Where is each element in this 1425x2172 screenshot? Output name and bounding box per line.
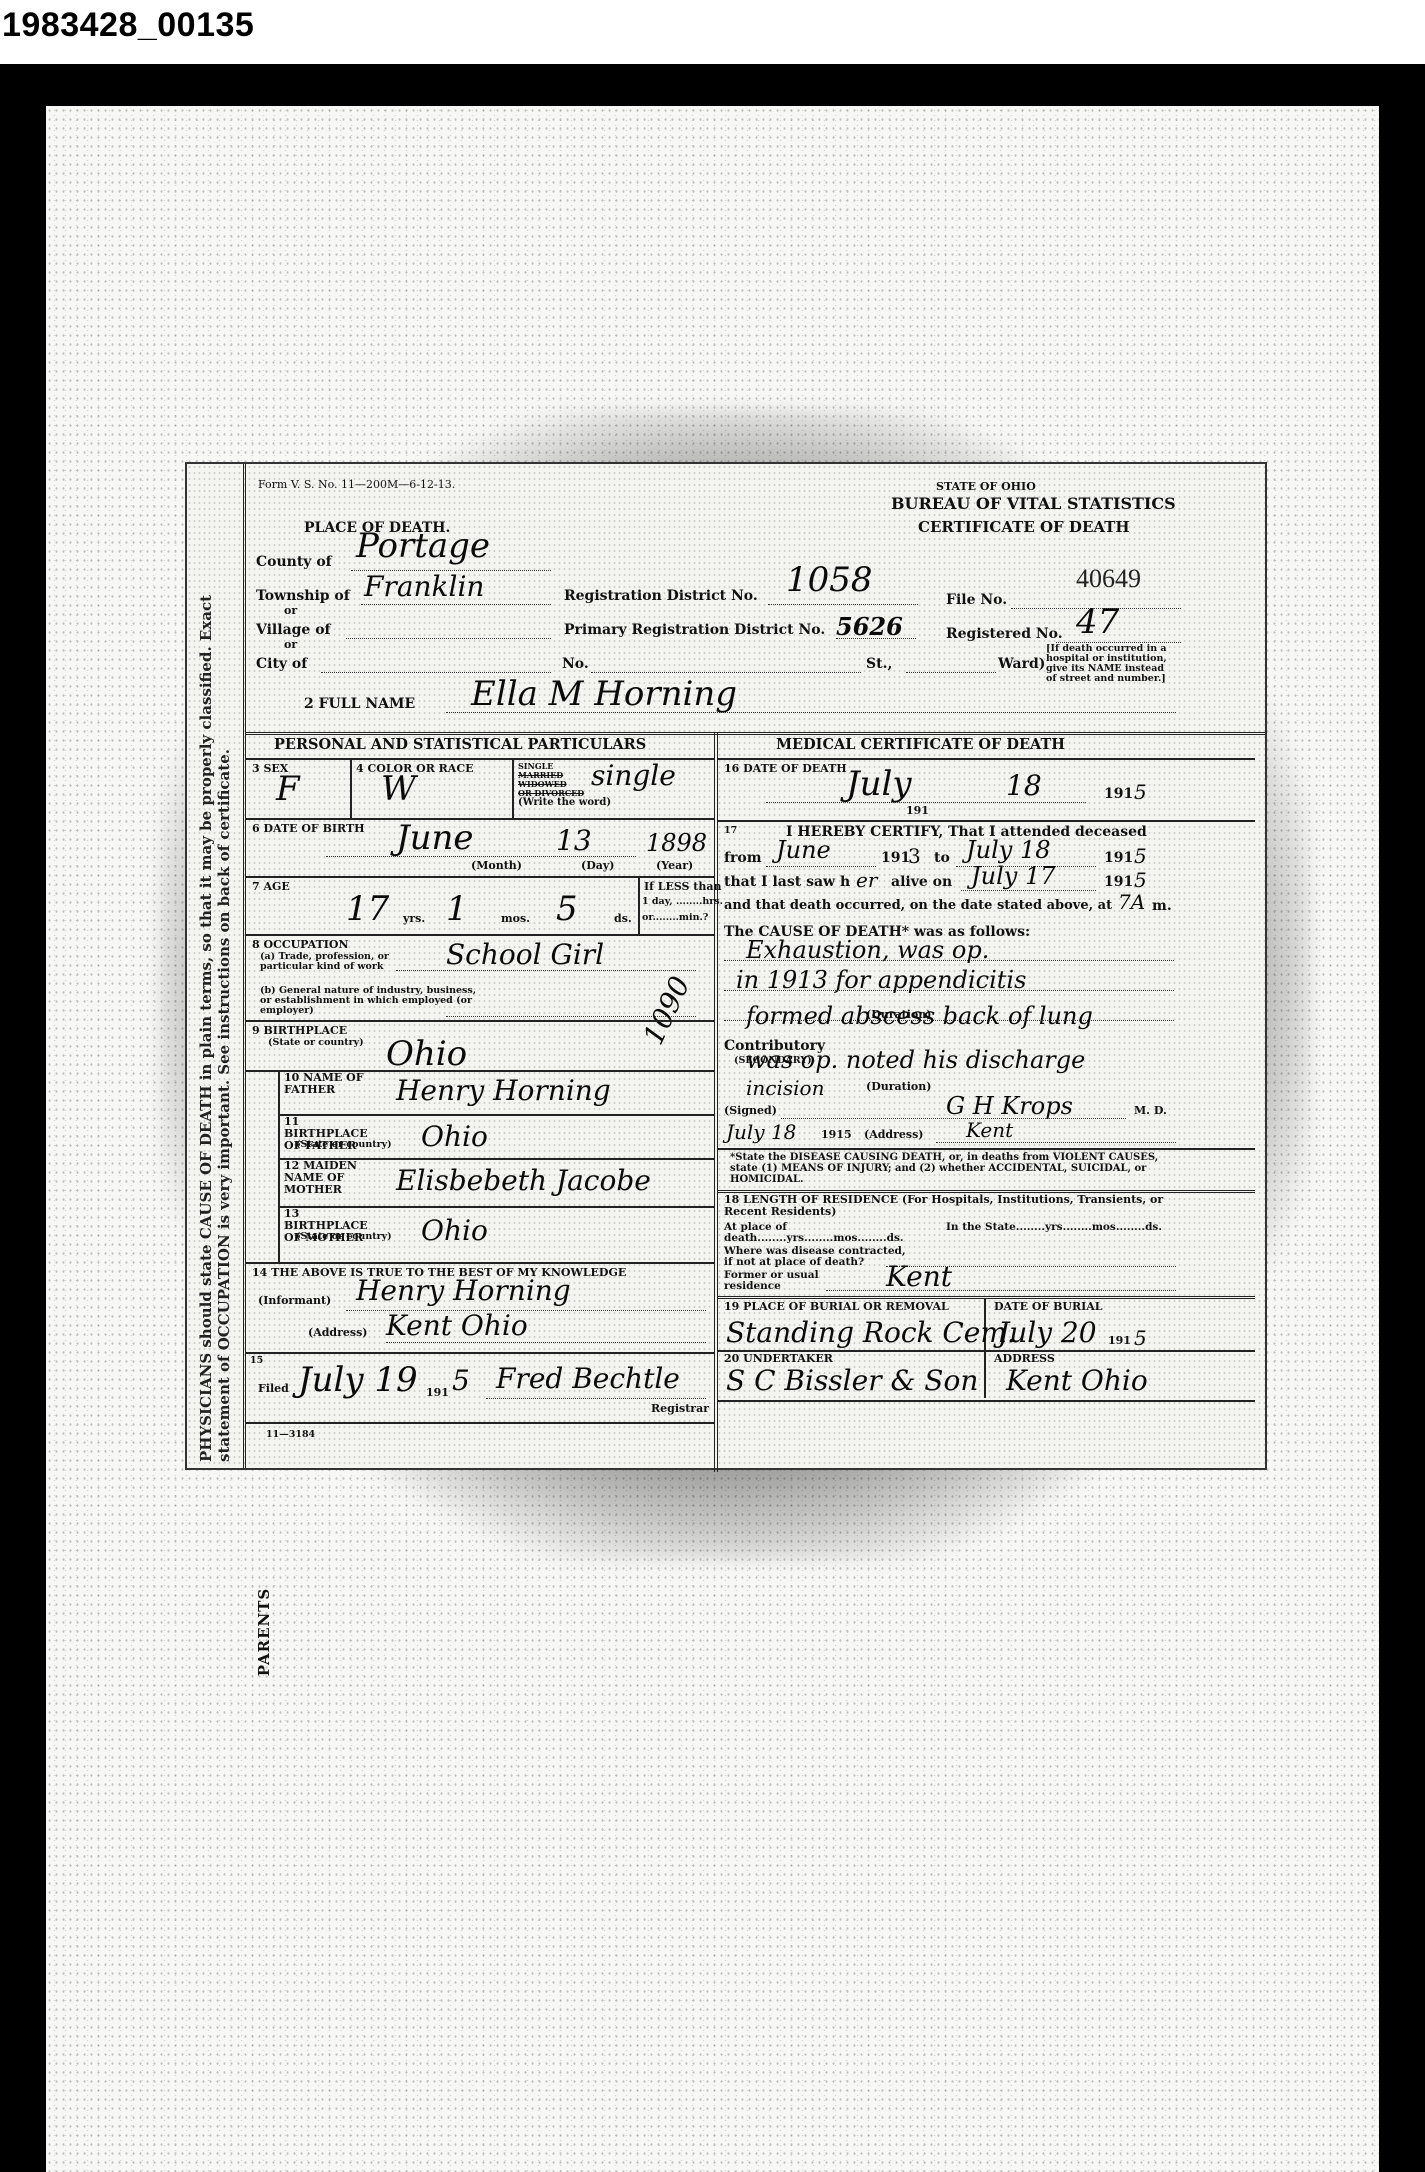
st-label: St., (866, 656, 892, 672)
former-residence-label: Former or usual residence (724, 1270, 824, 1292)
ward-label: Ward) (998, 656, 1045, 672)
filed-date: July 19 (298, 1360, 418, 1400)
former-residence: Kent (886, 1260, 952, 1293)
occupation-a-label: (a) Trade, profession, or particular kin… (260, 952, 410, 972)
form-number: Form V. S. No. 11—200M—6-12-13. (258, 478, 455, 491)
cause-line-1: Exhaustion, was op. (746, 936, 989, 964)
township-value: Franklin (364, 570, 484, 603)
full-name-label: 2 FULL NAME (304, 696, 415, 712)
bureau-title: BUREAU OF VITAL STATISTICS (891, 494, 1176, 513)
margin-line-2: statement of OCCUPATION is very importan… (215, 472, 233, 1462)
dod-label: 16 DATE OF DEATH (724, 762, 847, 775)
to-label: to (934, 850, 950, 866)
registered-no-value: 47 (1076, 602, 1119, 642)
certificate-title: CERTIFICATE OF DEATH (918, 518, 1130, 536)
age-label: 7 AGE (252, 880, 290, 893)
burial-date: July 20 (998, 1316, 1097, 1349)
parents-label: PARENTS (250, 1534, 278, 1729)
filed-label: Filed (258, 1382, 289, 1395)
race-value: W (381, 769, 416, 809)
burial-year-prefix: 191 (1108, 1334, 1131, 1347)
birthplace-value: Ohio (386, 1034, 467, 1074)
less-than-label: If LESS than (644, 880, 722, 893)
sex-value: F (276, 769, 300, 809)
dob-year: 1898 (646, 829, 707, 857)
in-state-label: In the State........yrs........mos......… (946, 1222, 1176, 1233)
attended-to: July 18 (966, 836, 1050, 864)
to-year: 5 (1134, 844, 1147, 868)
signed-year-prefix: 191 (821, 1128, 844, 1141)
cause-line-3: formed abscess back of lung (746, 1002, 1093, 1030)
mother-name-label: 12 MAIDEN NAME OF MOTHER (284, 1160, 384, 1196)
file-no-label: File No. (946, 592, 1007, 608)
filed-year-prefix: 191 (426, 1386, 449, 1399)
year-caption: (Year) (656, 859, 693, 872)
undertaker-address: Kent Ohio (1006, 1364, 1148, 1397)
hrs-label: 1 day, ........hrs. (642, 896, 723, 907)
primary-district-label: Primary Registration District No. (564, 622, 825, 638)
burial-place-label: 19 PLACE OF BURIAL OR REMOVAL (724, 1300, 949, 1313)
undertaker-name: S C Bissler & Son (726, 1364, 978, 1397)
age-days: 5 (556, 889, 578, 929)
informant-label: (Informant) (258, 1294, 331, 1307)
last-saw-year: 5 (1134, 868, 1147, 892)
registration-district-label: Registration District No. (564, 588, 758, 604)
dod-month-caption: 191 (906, 804, 929, 817)
age-months: 1 (446, 889, 468, 929)
occupation-label: 8 OCCUPATION (252, 938, 349, 951)
informant-value: Henry Horning (356, 1274, 571, 1307)
death-time-suffix: m. (1152, 898, 1172, 914)
attended-from: June (776, 836, 831, 864)
or-label: or (284, 604, 297, 617)
registrar-label: Registrar (651, 1402, 709, 1415)
signed-label: (Signed) (724, 1104, 777, 1117)
contributory-line-2: incision (746, 1076, 824, 1100)
registration-district-value: 1058 (786, 560, 873, 600)
burial-year: 5 (1134, 1326, 1147, 1350)
age-years: 17 (346, 889, 389, 929)
address-label: (Address) (308, 1326, 368, 1339)
death-time: 7A (1118, 890, 1145, 914)
from-year: 3 (908, 844, 921, 868)
residence-heading: 18 LENGTH OF RESIDENCE (For Hospitals, I… (724, 1194, 1174, 1218)
county-label: County of (256, 554, 332, 570)
at-place-label: At place of death........yrs........mos.… (724, 1222, 934, 1244)
marital-note: (Write the word) (518, 798, 611, 807)
personal-heading: PERSONAL AND STATISTICAL PARTICULARS (274, 736, 646, 753)
from-year-prefix: 191 (881, 850, 910, 866)
yrs-label: yrs. (403, 912, 425, 925)
dob-day: 13 (556, 824, 592, 857)
dod-day: 18 (1006, 769, 1042, 802)
signed-address: Kent (966, 1118, 1013, 1142)
from-label: from (724, 850, 762, 866)
month-caption: (Month) (471, 859, 522, 872)
occupation-value: School Girl (446, 938, 604, 971)
signed-address-label: (Address) (864, 1128, 924, 1141)
alive-on-label: alive on (891, 874, 952, 890)
signed-date: July 18 (726, 1120, 796, 1144)
document-id: 1983428_00135 (2, 6, 254, 45)
registrar-name: Fred Bechtle (496, 1362, 680, 1395)
death-certificate: PHYSICIANS should state CAUSE OF DEATH i… (185, 462, 1267, 1470)
village-label: Village of (256, 622, 331, 638)
father-birthplace: Ohio (421, 1120, 488, 1153)
dod-year: 5 (1134, 780, 1147, 804)
state-country-caption: (State or country) (296, 1232, 392, 1242)
dob-month: June (396, 818, 474, 858)
form-area: Form V. S. No. 11—200M—6-12-13. STATE OF… (243, 464, 1265, 1468)
scan-edge (1379, 106, 1425, 2172)
print-code: 11—3184 (266, 1430, 315, 1440)
cause-line-2: in 1913 for appendicitis (736, 966, 1026, 994)
primary-district-value: 5626 (836, 612, 903, 641)
physician-signature: G H Krops (946, 1092, 1073, 1120)
contributory-line-1: was op. noted his discharge (746, 1046, 1085, 1074)
margin-instructions: PHYSICIANS should state CAUSE OF DEATH i… (190, 469, 240, 1464)
birthplace-sub: (State or country) (268, 1038, 364, 1048)
min-label: or........min.? (642, 912, 708, 923)
marital-value: single (591, 759, 676, 792)
registered-no-label: Registered No. (946, 626, 1063, 642)
mother-birthplace: Ohio (421, 1214, 488, 1247)
signed-year: 5 (844, 1128, 852, 1141)
father-name: Henry Horning (396, 1074, 611, 1107)
cause-footnote: *State the DISEASE CAUSING DEATH, or, in… (730, 1152, 1170, 1185)
margin-line-1: PHYSICIANS should state CAUSE OF DEATH i… (197, 472, 215, 1462)
county-value: Portage (356, 526, 490, 566)
ds-label: ds. (614, 912, 632, 925)
father-name-label: 10 NAME OF FATHER (284, 1072, 379, 1096)
informant-address: Kent Ohio (386, 1309, 528, 1342)
occupation-b-label: (b) General nature of industry, business… (260, 986, 480, 1016)
md-label: M. D. (1134, 1104, 1167, 1117)
day-caption: (Day) (581, 859, 614, 872)
certify-number: 17 (724, 826, 737, 836)
city-label: City of (256, 656, 307, 672)
occupation-code: 1090 (637, 971, 697, 1050)
no-label: No. (562, 656, 589, 672)
dod-year-prefix: 191 (1104, 786, 1133, 802)
burial-date-label: DATE OF BURIAL (994, 1300, 1103, 1313)
medical-heading: MEDICAL CERTIFICATE OF DEATH (776, 736, 1065, 753)
birthplace-label: 9 BIRTHPLACE (252, 1024, 347, 1037)
burial-place: Standing Rock Cem. (726, 1316, 1016, 1349)
last-saw-label: that I last saw h (724, 874, 850, 890)
to-year-prefix: 191 (1104, 850, 1133, 866)
last-saw-date: July 17 (971, 862, 1055, 890)
file-no-value: 40649 (1076, 564, 1141, 594)
state-country-caption: (State or country) (296, 1140, 392, 1150)
institution-note: [If death occurred in a hospital or inst… (1046, 644, 1174, 684)
last-saw-pronoun: er (856, 868, 877, 892)
filed-number: 15 (250, 1356, 263, 1366)
death-time-label: and that death occurred, on the date sta… (724, 898, 1112, 913)
last-saw-year-prefix: 191 (1104, 874, 1133, 890)
mother-name: Elisbebeth Jacobe (396, 1164, 651, 1197)
dod-month: July (846, 764, 912, 804)
state-label: STATE OF OHIO (936, 480, 1036, 493)
duration-label-2: (Duration) (866, 1080, 931, 1093)
filed-year: 5 (452, 1364, 470, 1397)
township-label: Township of (256, 588, 350, 604)
dob-label: 6 DATE OF BIRTH (252, 822, 365, 835)
or-label: or (284, 638, 297, 651)
full-name-value: Ella M Horning (471, 674, 737, 714)
mos-label: mos. (501, 912, 530, 925)
